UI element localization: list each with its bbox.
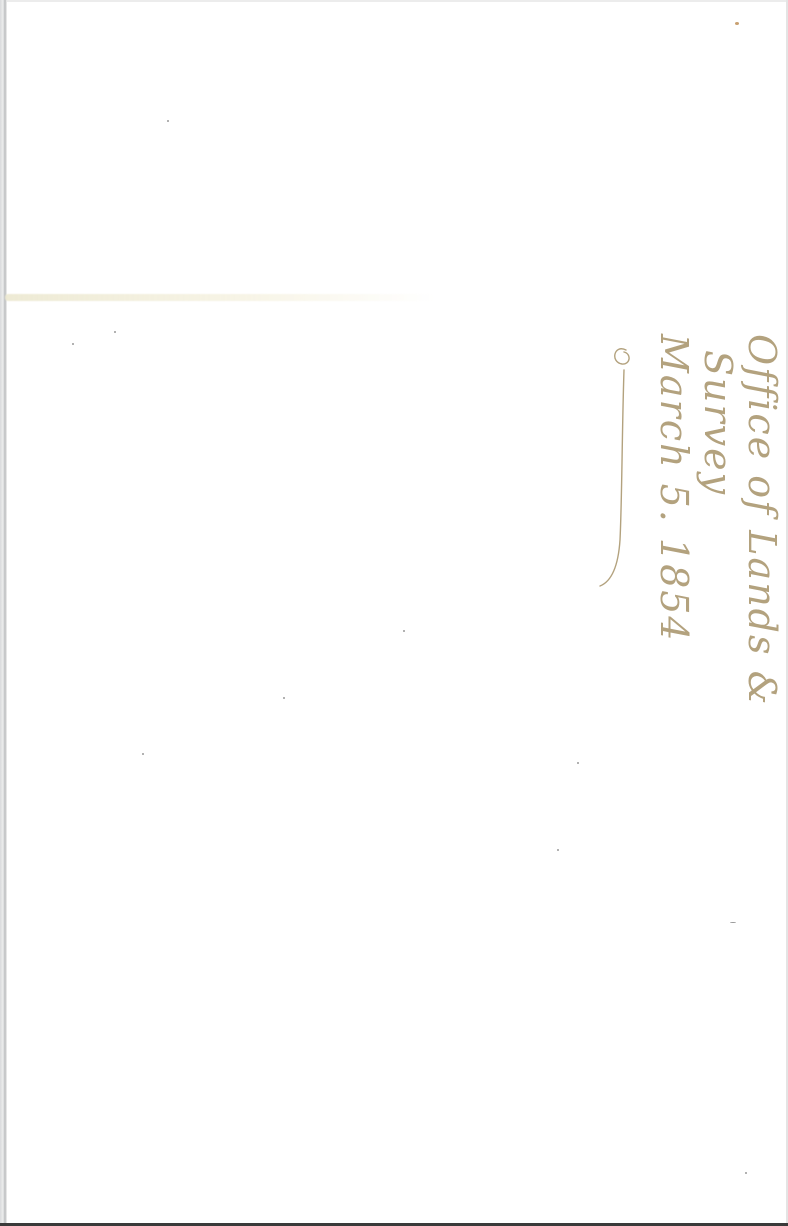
ink-spot (735, 22, 739, 25)
paper-speck (114, 331, 116, 333)
paper-speck (142, 753, 144, 755)
docket-text-block: Office of Lands & Survey March 5. 1854 (652, 334, 784, 706)
paper-speck (745, 1172, 747, 1174)
paper-speck (577, 762, 579, 764)
docket-line-date: March 5. 1854 (652, 334, 696, 706)
docket-line-survey: Survey (696, 334, 740, 706)
docket-line-office: Office of Lands & (740, 334, 784, 706)
fold-crease (5, 294, 435, 301)
paper-speck (283, 697, 285, 699)
page-left-edge (0, 0, 7, 1226)
docket-flourish (596, 340, 636, 590)
page-top-edge (0, 0, 788, 2)
paper-speck (730, 922, 736, 923)
paper-speck (167, 120, 169, 122)
paper-speck (557, 849, 559, 851)
document-page: Office of Lands & Survey March 5. 1854 (0, 0, 788, 1226)
paper-speck (72, 343, 74, 345)
paper-speck (403, 630, 405, 632)
